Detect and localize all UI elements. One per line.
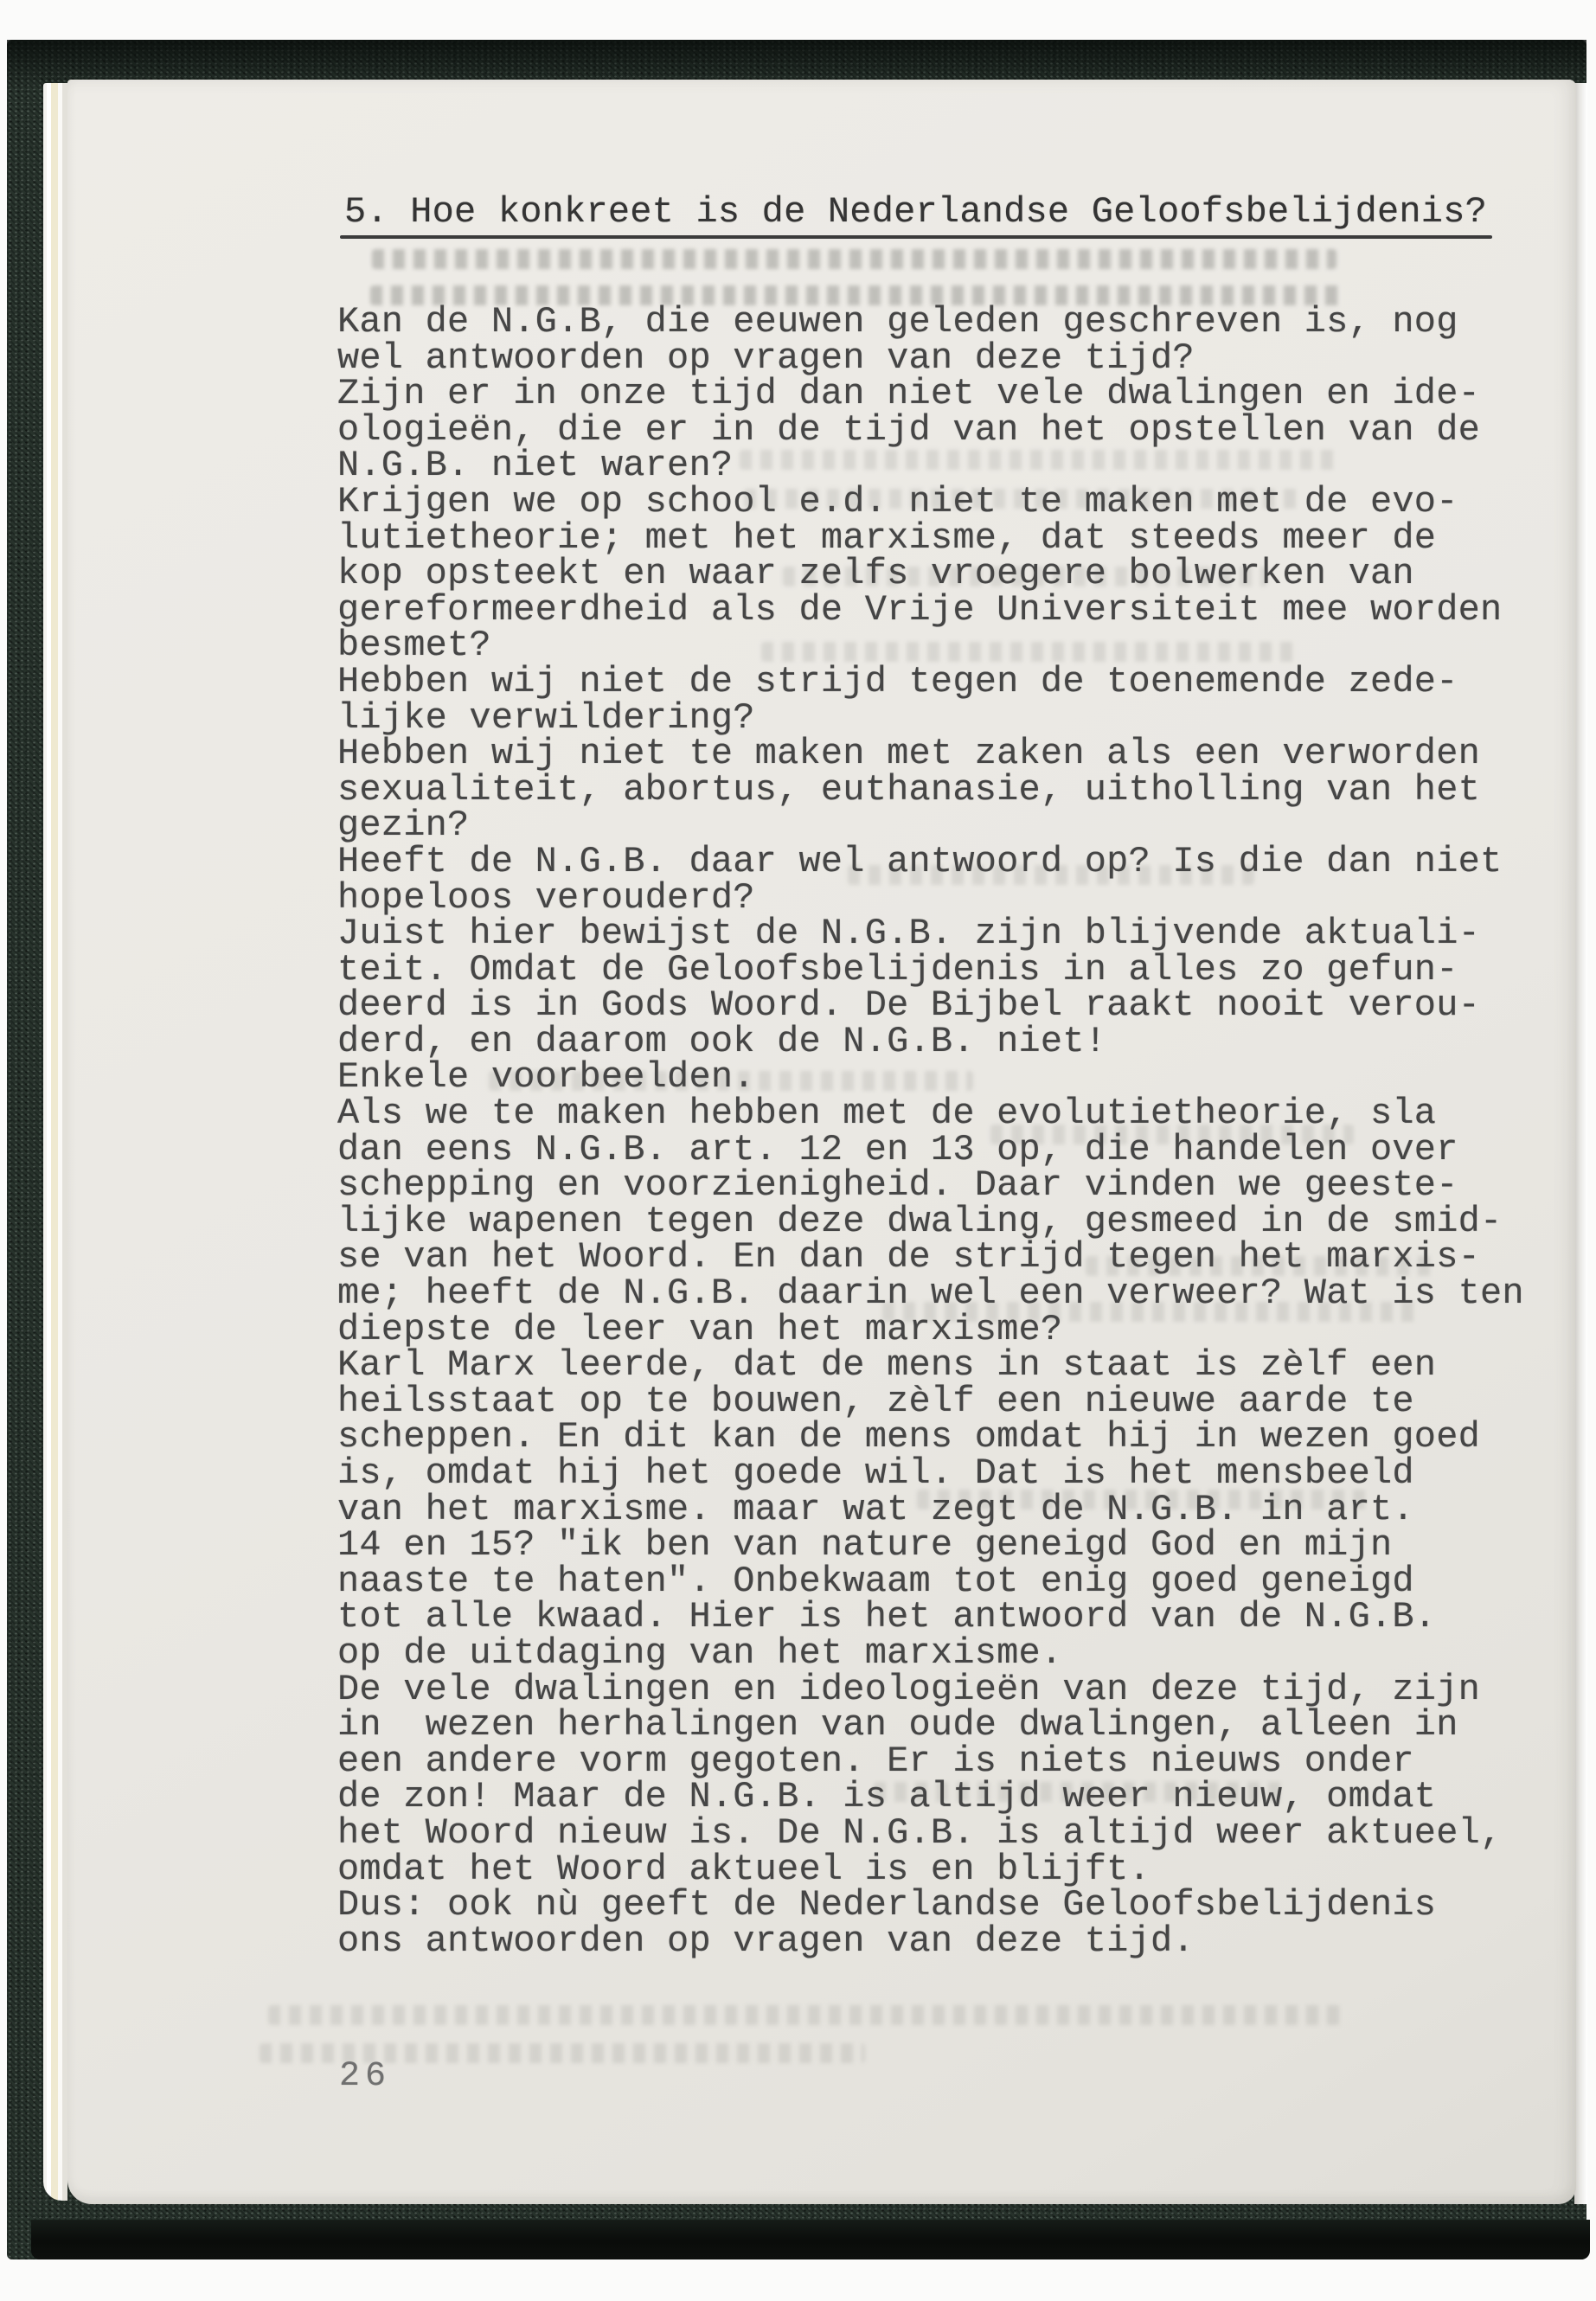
page-stack-edges <box>43 83 67 2201</box>
cover-bottom-edge <box>31 2220 1590 2259</box>
body-text: Kan de N.G.B, die eeuwen geleden geschre… <box>337 304 1524 1959</box>
page-number: 26 <box>339 2057 391 2096</box>
bleedthrough-line <box>372 249 1336 269</box>
page: 5. Hoe konkreet is de Nederlandse Geloof… <box>67 80 1576 2204</box>
page-title: 5. Hoe konkreet is de Nederlandse Geloof… <box>344 194 1487 230</box>
page-fore-edge <box>1574 83 1587 2204</box>
scanned-book-photo: 5. Hoe konkreet is de Nederlandse Geloof… <box>0 0 1596 2301</box>
bleedthrough-line <box>268 2005 1341 2025</box>
title-underline <box>340 235 1492 239</box>
